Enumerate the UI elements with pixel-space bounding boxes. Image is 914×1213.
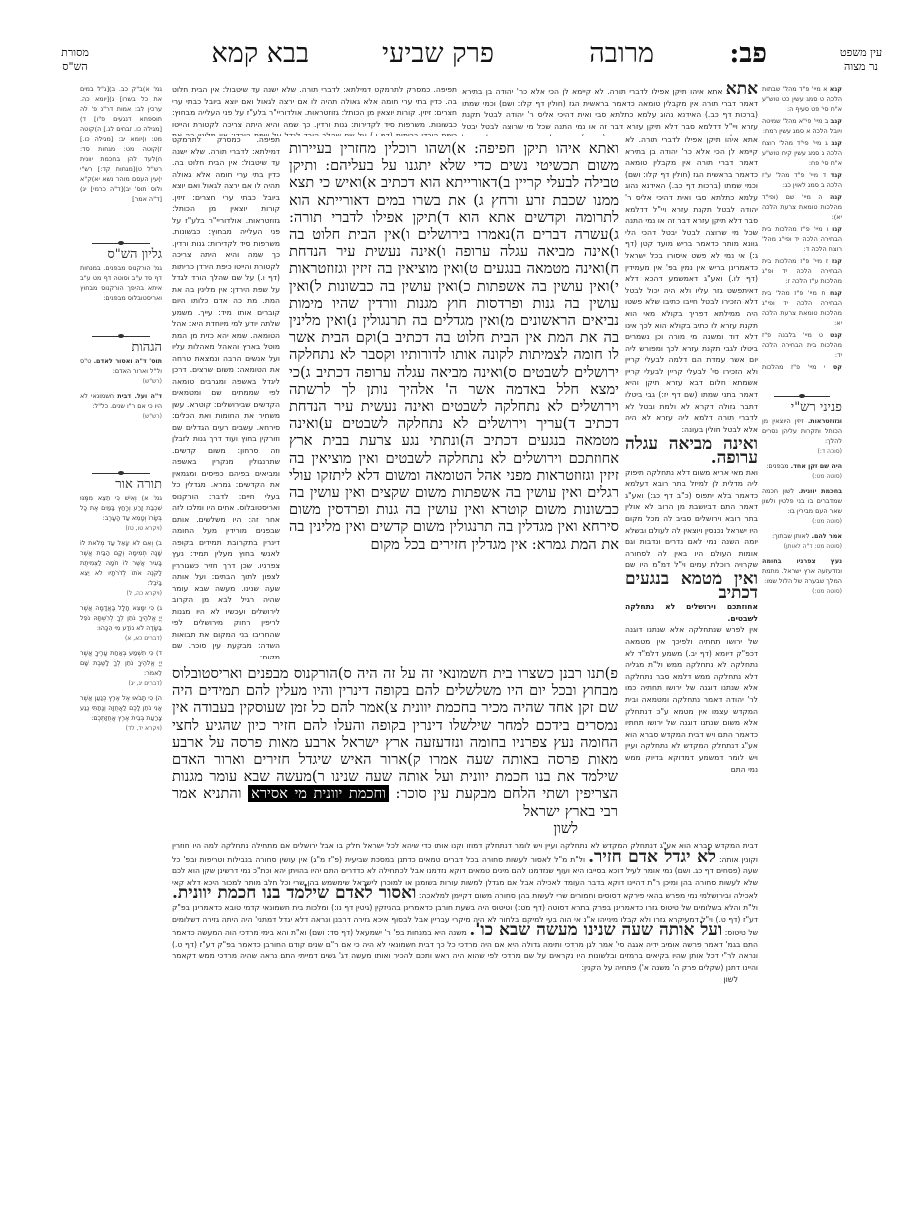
torah-or-verse-text: ה) כִּי תָבֹאוּ אֶל אֶרֶץ כְּנַעַן אֲשֶׁ… [80, 694, 162, 722]
ein-mishpat-id: קנח [830, 289, 842, 297]
ein-mishpat-text: מיי' פי"ד מהל' רוצח הלכה ג סמג עשין קיח … [762, 139, 842, 167]
ein-mishpat-letter: ד [823, 171, 827, 179]
penei-rashi-title: פניני רש"י [762, 403, 842, 413]
gilyon-hashas-text: גמ' הורקנוס מבפנים. במנחות דף סד ע"ב וסו… [80, 264, 162, 302]
torah-or-verse: ב) וְאִם לֹא יִגָּאֵל עַד מְלֹאת לוֹ שָׁ… [80, 538, 162, 599]
torah-or-source: (ויקרא כה, ל) [80, 589, 162, 599]
mesoret-label-2: הש"ס [40, 60, 110, 74]
ein-mishpat-letter: ט [819, 331, 823, 339]
ein-mishpat-label-2: נר מצוה [826, 60, 896, 74]
penei-rashi-entry: בחכמת יוונית. לשון חכמה שמדברים בו בני פ… [762, 486, 842, 527]
hagahot-head: תוס' ד"ה ואסור לאדם. [94, 357, 162, 365]
ein-mishpat-entry: קנב ב מיי' פי"א מהל' שמיטה ויובל הלכה א … [762, 116, 842, 136]
rashi-column: תפיפה. כמסרק לתרמקט דמילתא: לדברי תורה. … [172, 134, 280, 659]
ein-mishpat-letter: י [824, 363, 825, 371]
hagahot-entry: ד"ה ועל. דבית חשמונאי לא היו כי אם ר"ו ש… [80, 391, 162, 422]
ein-mishpat-letter: ו [827, 225, 829, 233]
ornament-divider [92, 333, 149, 339]
torah-or-source: (ויקרא יד, לד) [80, 724, 162, 734]
ein-mishpat-entry: קנז ז מיי' פ"ז מהלכות בית הבחירה הלכה יד… [762, 256, 842, 286]
ein-mishpat-id: קנא [830, 85, 842, 93]
gemara-wide: פ)תנו רבנן כשצרו בית חשמונאי זה על זה הי… [172, 665, 618, 802]
hagahot-source: (רש"ש) [80, 377, 162, 387]
ein-mishpat-entry: קנח ח מיי' פ"ז מהל' בית הבחירה הלכה יד ו… [762, 288, 842, 328]
mesoret-header: מסורת הש"ס [40, 46, 110, 74]
penei-rashi-entry: נעץ צפרניו בחומה ונזדעזעה ארץ ישראל. מתמ… [762, 556, 842, 597]
penei-rashi-head: אמר להם. [812, 532, 842, 540]
mesoret-column: גמ' א)ב"ק כב. ב)[ג"ל במים את כל בשרו] ג)… [80, 84, 162, 234]
rashi-column-top: תפיפה. כמסרק לתרמקט דמילתא: לדברי תורה. … [172, 84, 457, 136]
ein-mishpat-letter: ז [826, 257, 828, 265]
rashi-text-cont: תפיפה. כמסרק לתרמקט דמילתא: לדברי תורה. … [172, 135, 280, 659]
ein-mishpat-id: קנז [832, 257, 842, 265]
ein-mishpat-id: קנו [832, 225, 842, 233]
ein-mishpat-entry: קנו ו מיי' פ"ז מהלכות בית הבחירה הלכה יד… [762, 224, 842, 254]
torah-or-verse: גמ' א) וְאִישׁ כִּי תֵצֵא מִמֶּנּוּ שִׁכ… [80, 493, 162, 534]
torah-or-source: (ויקרא טו, טז) [80, 524, 162, 534]
torah-or-verse-text: ג) כִּי יִמָּצֵא חָלָל בָּאֲדָמָה אֲשֶׁר… [80, 604, 162, 632]
penei-rashi-head: וגזוזטראות. [808, 417, 842, 425]
ein-mishpat-letter: ב [825, 117, 829, 125]
ein-mishpat-letter: ח [821, 289, 825, 297]
ein-mishpat-id: קנב [831, 117, 843, 125]
tosafot-text-1-cont: אתא איהו תיקן אפילו לדברי תורה. לא קיימא… [625, 135, 758, 434]
torah-or-verse-text: ב) וְאִם לֹא יִגָּאֵל עַד מְלֹאת לוֹ שָׁ… [80, 539, 162, 587]
tosafot-heading-2: ואינה מביאה עגלה ערופה. [625, 434, 758, 468]
gemara-main: ואתא איהו תיקן חפיפה: א)ושהו רוכלין מחזר… [289, 140, 619, 553]
gilyon-hashas-section: גליון הש"ס גמ' הורקנוס מבפנים. במנחות דף… [80, 232, 162, 322]
ein-mishpat-id: קס [833, 363, 842, 371]
masechet-title: בבא קמא [212, 38, 309, 69]
ein-mishpat-entry: קנא א מיי' פ"ד מהל' שבתות הלכה ט סמג עשי… [762, 84, 842, 114]
tosafot-lashon: לשון [172, 974, 758, 986]
torah-or-section: תורה אור גמ' א) וְאִישׁ כִּי תֵצֵא מִמֶּ… [80, 462, 162, 812]
perek-name: מרובה [589, 38, 654, 69]
ein-mishpat-entry: קנט ט מיי' בלבנה פ"ז מהלכות בית הבחירה ה… [762, 330, 842, 360]
torah-or-verse-text: גמ' א) וְאִישׁ כִּי תֵצֵא מִמֶּנּוּ שִׁכ… [80, 494, 162, 522]
hagahot-entry: תוס' ד"ה ואסור לאדם. ט"ס ול"ל וארור האדם… [80, 356, 162, 387]
rashi-text: תפיפה. כמסרק לתרמקט דמילתא: לדברי תורה. … [172, 85, 457, 136]
ornament-divider [92, 240, 149, 246]
ornament-divider [774, 393, 830, 399]
ein-mishpat-letter: ה [818, 193, 822, 201]
ein-mishpat-entry: קנה ה מיי' שם (ופי"ד מהלכות טומאת צרעת ה… [762, 192, 842, 222]
tosafot-bottom: דבית המקדש סברא הוא אע"ג דנתחלק המקדש לא… [172, 840, 758, 1040]
tosafot-text-3: אין לפרש שנתחלקה אלא שנתנו דוגנה של ירוש… [625, 625, 758, 773]
gemara-wide-block: פ)תנו רבנן כשצרו בית חשמונאי זה על זה הי… [172, 665, 618, 840]
torah-or-source: (דברים יג, יג) [80, 679, 162, 689]
ein-mishpat-column: קנא א מיי' פ"ד מהל' שבתות הלכה ט סמג עשי… [762, 84, 842, 374]
penei-rashi-text: לאותן שבתוך: [772, 532, 809, 540]
penei-rashi-source: (סוטה מט:) [762, 472, 842, 482]
ein-mishpat-id: קנג [832, 139, 842, 147]
torah-or-verse: ג) כִּי יִמָּצֵא חָלָל בָּאֲדָמָה אֲשֶׁר… [80, 603, 162, 644]
hagahot-head: ד"ה ועל. דבית [117, 392, 162, 400]
gilyon-hashas-title: גליון הש"ס [80, 250, 162, 260]
gemara-lashon: לשון [172, 820, 618, 837]
penei-rashi-entry: אמר להם. לאותן שבתוך:(סוטה מט: ד"ה לאותן… [762, 531, 842, 552]
ornament-divider [92, 470, 149, 476]
ein-mishpat-id: קנד [831, 171, 842, 179]
penei-rashi-head: בחכמת יוונית. [799, 487, 842, 495]
penei-rashi-head: נעץ צפרניו בחומה [762, 557, 842, 565]
torah-or-verse-text: ד) כִּי תִשְׁמַע בְּאַחַת עָרֶיךָ אֲשֶׁר… [80, 649, 162, 677]
ein-mishpat-text: מיי' פ"ז מהלכות בית הבחירה הלכה יד ופ"ג … [762, 257, 842, 285]
mesoret-text: גמ' א)ב"ק כב. ב)[ג"ל במים את כל בשרו] ג)… [80, 85, 162, 203]
tosafot-heading-3: ואין מטמא בנגעים דכתיב [625, 574, 758, 603]
torah-or-verse: ה) כִּי תָבֹאוּ אֶל אֶרֶץ כְּנַעַן אֲשֶׁ… [80, 693, 162, 734]
penei-rashi-head: היה שם זקן אחד. [791, 462, 842, 470]
tosafot-text-1: אתא איהו תיקן אפילו לדברי תורה. לא קיימא… [462, 87, 758, 136]
ein-mishpat-header: עין משפט נר מצוה [826, 46, 896, 74]
tosafot-bottom-heading-1: לא יגדל אדם חזיר. [588, 847, 716, 867]
ein-mishpat-text: מיי' פ"ז מהלכות בית הבחירה הלכה יד ופי"ג… [762, 225, 842, 253]
gemara-highlighted-phrase[interactable]: וחכמת יוונית מי אסירא [248, 785, 389, 802]
perek-number: פרק שביעי [382, 38, 494, 69]
penei-rashi-source: (סוטה מט: ד"ה לאותן) [762, 542, 842, 552]
penei-rashi-source: (סוכה ד:) [762, 447, 842, 457]
daf-number: פב: [729, 38, 767, 69]
ein-mishpat-letter: א [823, 85, 827, 93]
hagahot-section: הגהות תוס' ד"ה ואסור לאדם. ט"ס ול"ל וארו… [80, 325, 162, 465]
penei-rashi-text: ונזדעזעה ארץ ישראל. מתמת המלך שבערה של ה… [762, 567, 842, 585]
tosafot-bottom-heading-2: ואסור לאדם שילמד בנו חכמת יוונית. [172, 883, 416, 903]
penei-rashi-entry: וגזוזטראות. זיזין היוצאין מן הכותל ותקרו… [762, 416, 842, 457]
hagahot-title: הגהות [80, 343, 162, 353]
penei-rashi-section: פניני רש"י וגזוזטראות. זיזין היוצאין מן … [762, 385, 842, 635]
penei-rashi-entry: היה שם זקן אחד. מבפנים:(סוטה מט:) [762, 461, 842, 482]
penei-rashi-source: (סוטה מט:) [762, 587, 842, 597]
ein-mishpat-id: קנה [830, 193, 842, 201]
ein-mishpat-text: מיי' פ"ז מהלכות מאכלות אסורות הלכה ב טוש… [762, 363, 842, 374]
ein-mishpat-letter: ג [825, 139, 828, 147]
tosafot-subheading-3: אחוזתכם וירושלים לא נתחלקה לשבטים. [625, 601, 758, 624]
gemara-main-text: ואתא איהו תיקן חפיפה: א)ושהו רוכלין מחזר… [289, 140, 619, 668]
hagahot-source: (רש"ש) [80, 412, 162, 422]
ein-mishpat-entry: קנד ד מיי' פ"ד מהל' ע"ז הלכה ב סמג לאוין… [762, 170, 842, 190]
ein-mishpat-entry: קס י מיי' פ"ז מהלכות מאכלות אסורות הלכה … [762, 362, 842, 374]
torah-or-verse: ד) כִּי תִשְׁמַע בְּאַחַת עָרֶיךָ אֲשֶׁר… [80, 648, 162, 689]
mesoret-label-1: מסורת [40, 46, 110, 60]
tosafot-column-narrow: אתא איהו תיקן אפילו לדברי תורה. לא קיימא… [625, 134, 758, 574]
tosafot-bottom-heading-3: ועל אותה שעה שנינו מעשה שבא כו'. [469, 920, 722, 940]
ein-mishpat-label-1: עין משפט [826, 46, 896, 60]
ein-mishpat-entry: קנג ג מיי' פי"ד מהל' רוצח הלכה ג סמג עשי… [762, 138, 842, 168]
tosafot-dibur-hamatchil: אתא [726, 84, 758, 99]
penei-rashi-text: מבפנים: [766, 462, 788, 470]
torah-or-source: (דברים כא, א) [80, 634, 162, 644]
tosafot-text-2: ואת מאי אריא משום דלא נתחלקה תיפוק ליה מ… [625, 468, 758, 574]
penei-rashi-source: (סוטה מט:) [762, 517, 842, 527]
torah-or-title: תורה אור [80, 480, 162, 490]
ein-mishpat-id: קנט [830, 331, 842, 339]
tosafot-column: אתא אתא איהו תיקן אפילו לדברי תורה. לא ק… [462, 84, 758, 136]
tosafot-column-lower: ואין מטמא בנגעים דכתיב אחוזתכם וירושלים … [625, 574, 758, 844]
